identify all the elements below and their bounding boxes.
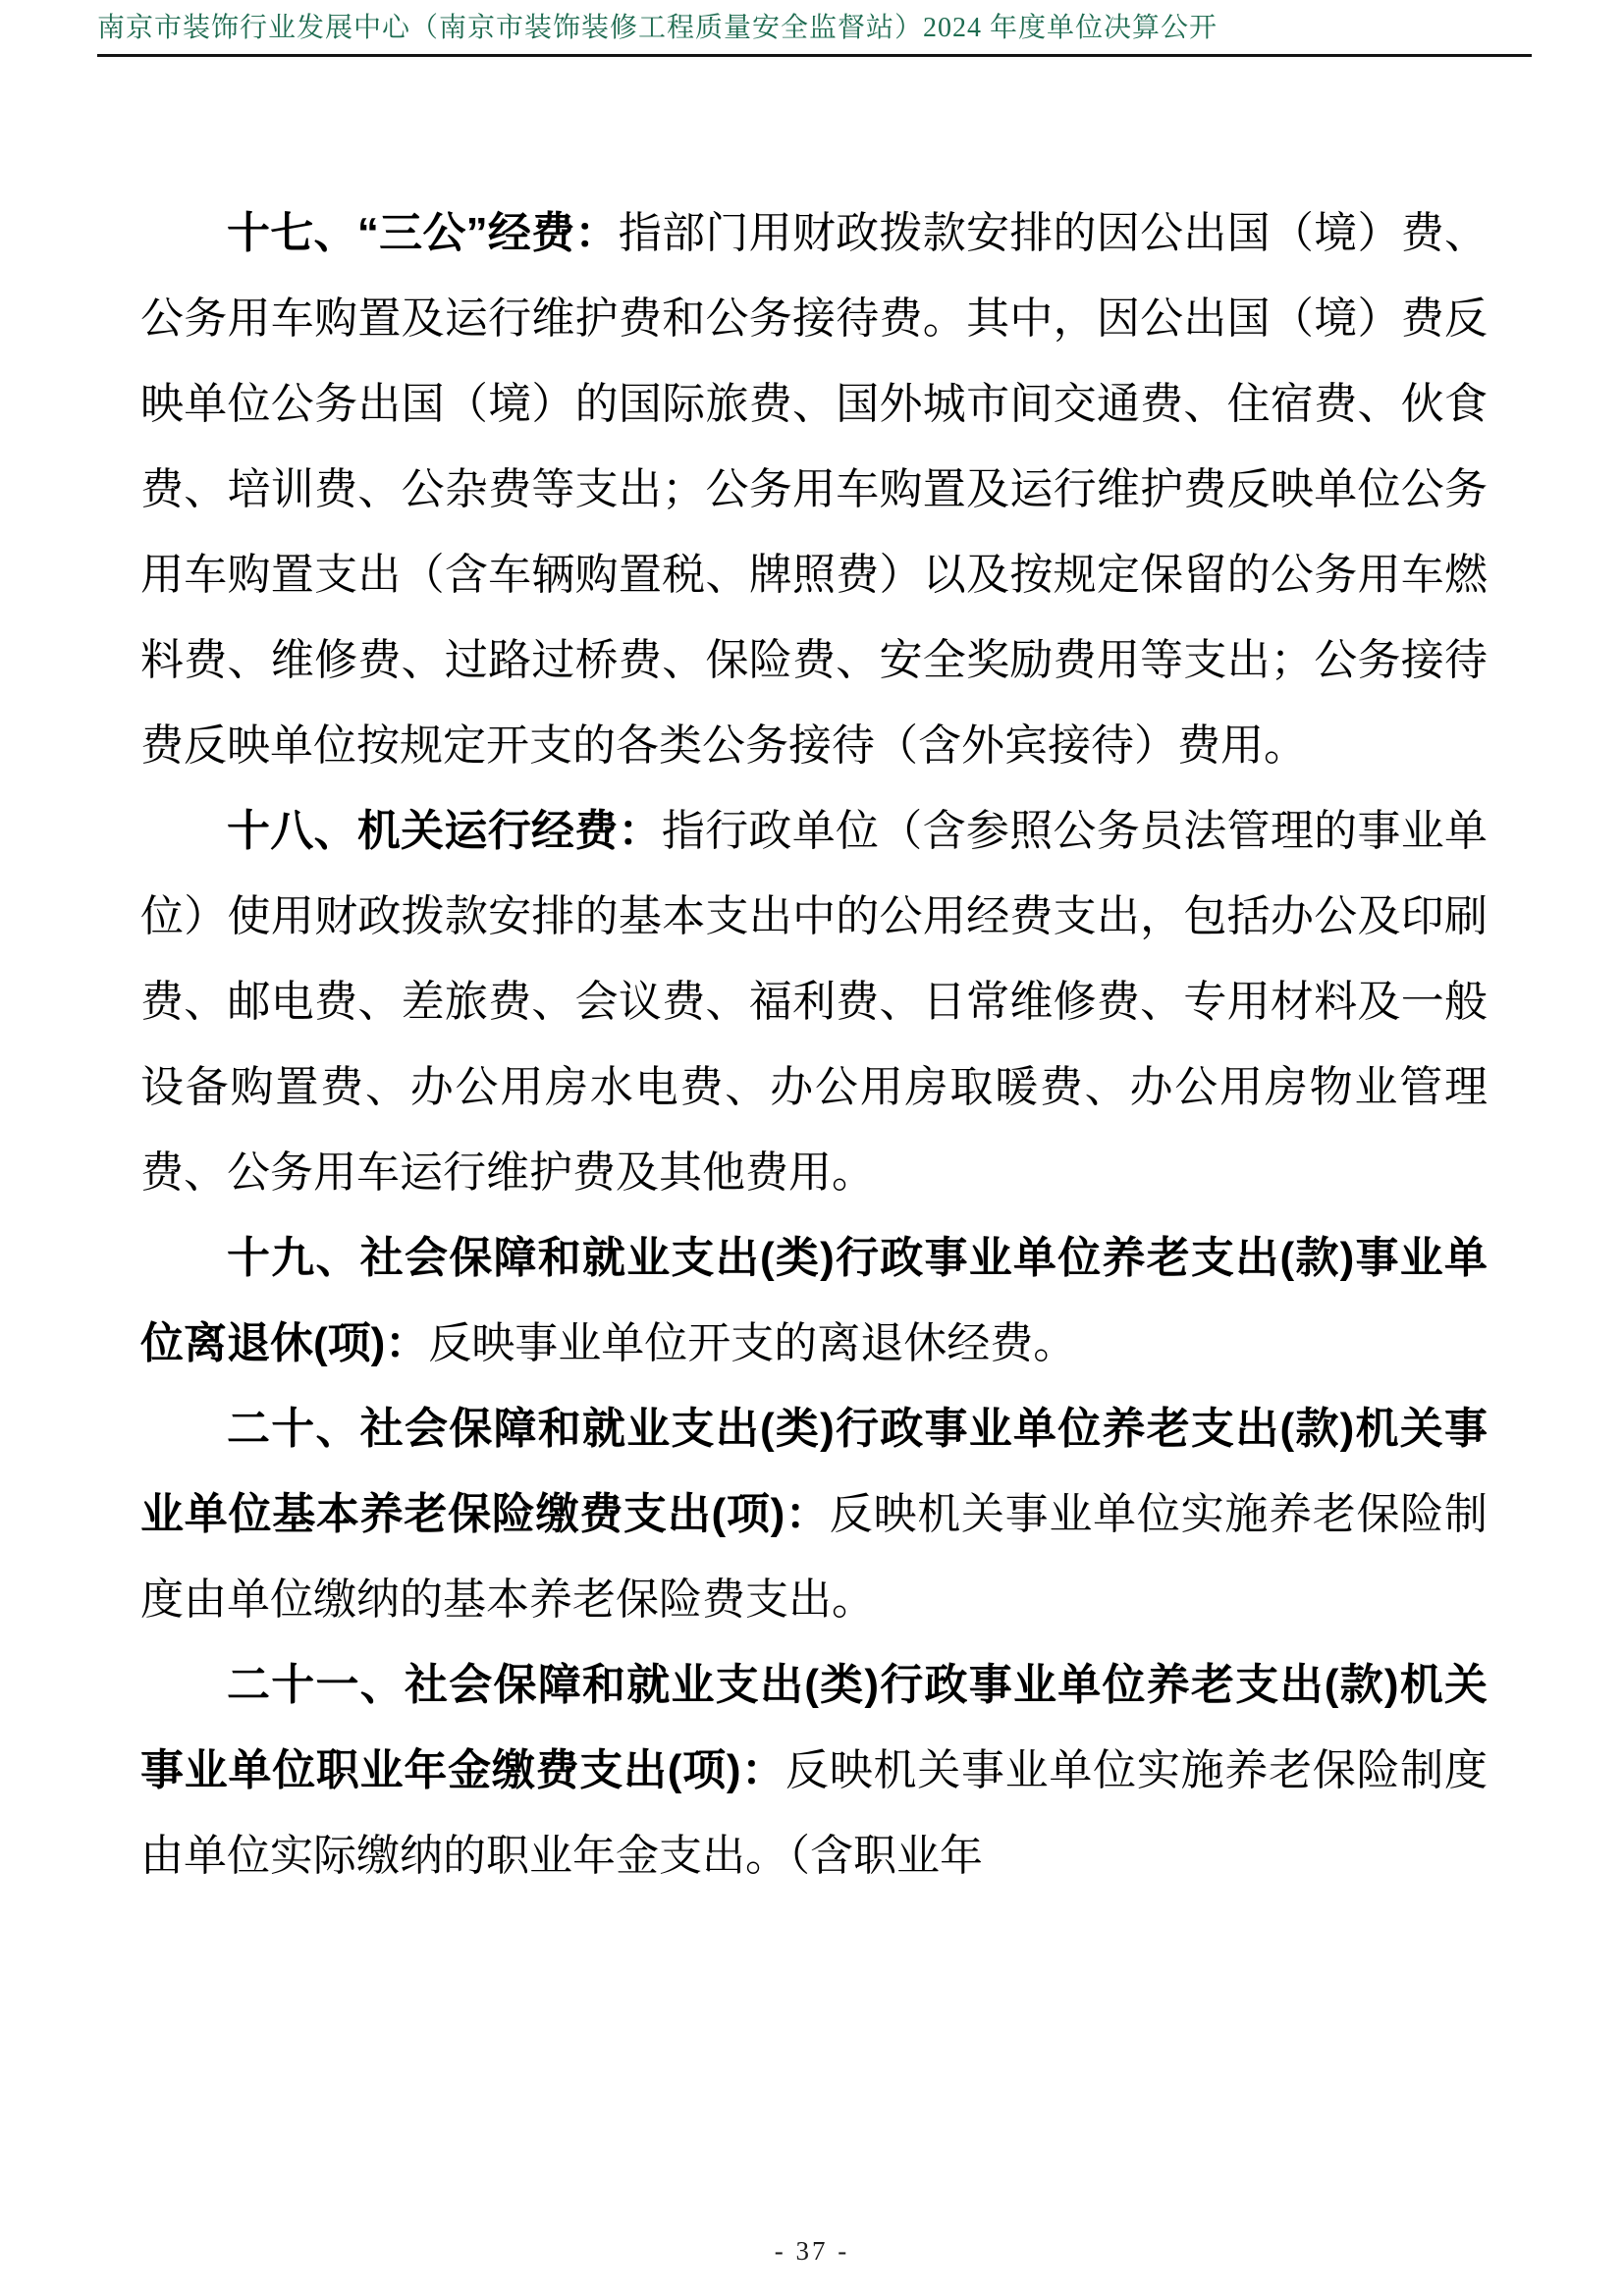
paragraph-18: 十八、机关运行经费：指行政单位（含参照公务员法管理的事业单位）使用财政拨款安排的… xyxy=(140,788,1488,1215)
paragraph-18-text: 指行政单位（含参照公务员法管理的事业单位）使用财政拨款安排的基本支出中的公用经费… xyxy=(140,807,1488,1197)
paragraph-21: 二十一、社会保障和就业支出(类)行政事业单位养老支出(款)机关事业单位职业年金缴… xyxy=(140,1642,1488,1898)
paragraph-17-lead: 十七、“三公”经费： xyxy=(227,209,619,257)
paragraph-17-text: 指部门用财政拨款安排的因公出国（境）费、公务用车购置及运行维护费和公务接待费。其… xyxy=(140,209,1488,770)
header-divider xyxy=(97,54,1532,57)
paragraph-19-text: 反映事业单位开支的离退休经费。 xyxy=(428,1319,1076,1367)
document-body: 十七、“三公”经费：指部门用财政拨款安排的因公出国（境）费、公务用车购置及运行维… xyxy=(140,190,1488,1898)
paragraph-20: 二十、社会保障和就业支出(类)行政事业单位养老支出(款)机关事业单位基本养老保险… xyxy=(140,1386,1488,1642)
paragraph-17: 十七、“三公”经费：指部门用财政拨款安排的因公出国（境）费、公务用车购置及运行维… xyxy=(140,190,1488,788)
header-title: 南京市装饰行业发展中心（南京市装饰装修工程质量安全监督站）2024 年度单位决算… xyxy=(97,12,1532,45)
page-number: - 37 - xyxy=(775,2236,849,2266)
page-footer: - 37 - xyxy=(0,2236,1624,2267)
paragraph-18-lead: 十八、机关运行经费： xyxy=(227,807,662,855)
page-header: 南京市装饰行业发展中心（南京市装饰装修工程质量安全监督站）2024 年度单位决算… xyxy=(97,12,1532,57)
paragraph-19: 十九、社会保障和就业支出(类)行政事业单位养老支出(款)事业单位离退休(项)：反… xyxy=(140,1215,1488,1386)
document-page: 南京市装饰行业发展中心（南京市装饰装修工程质量安全监督站）2024 年度单位决算… xyxy=(0,0,1624,2296)
